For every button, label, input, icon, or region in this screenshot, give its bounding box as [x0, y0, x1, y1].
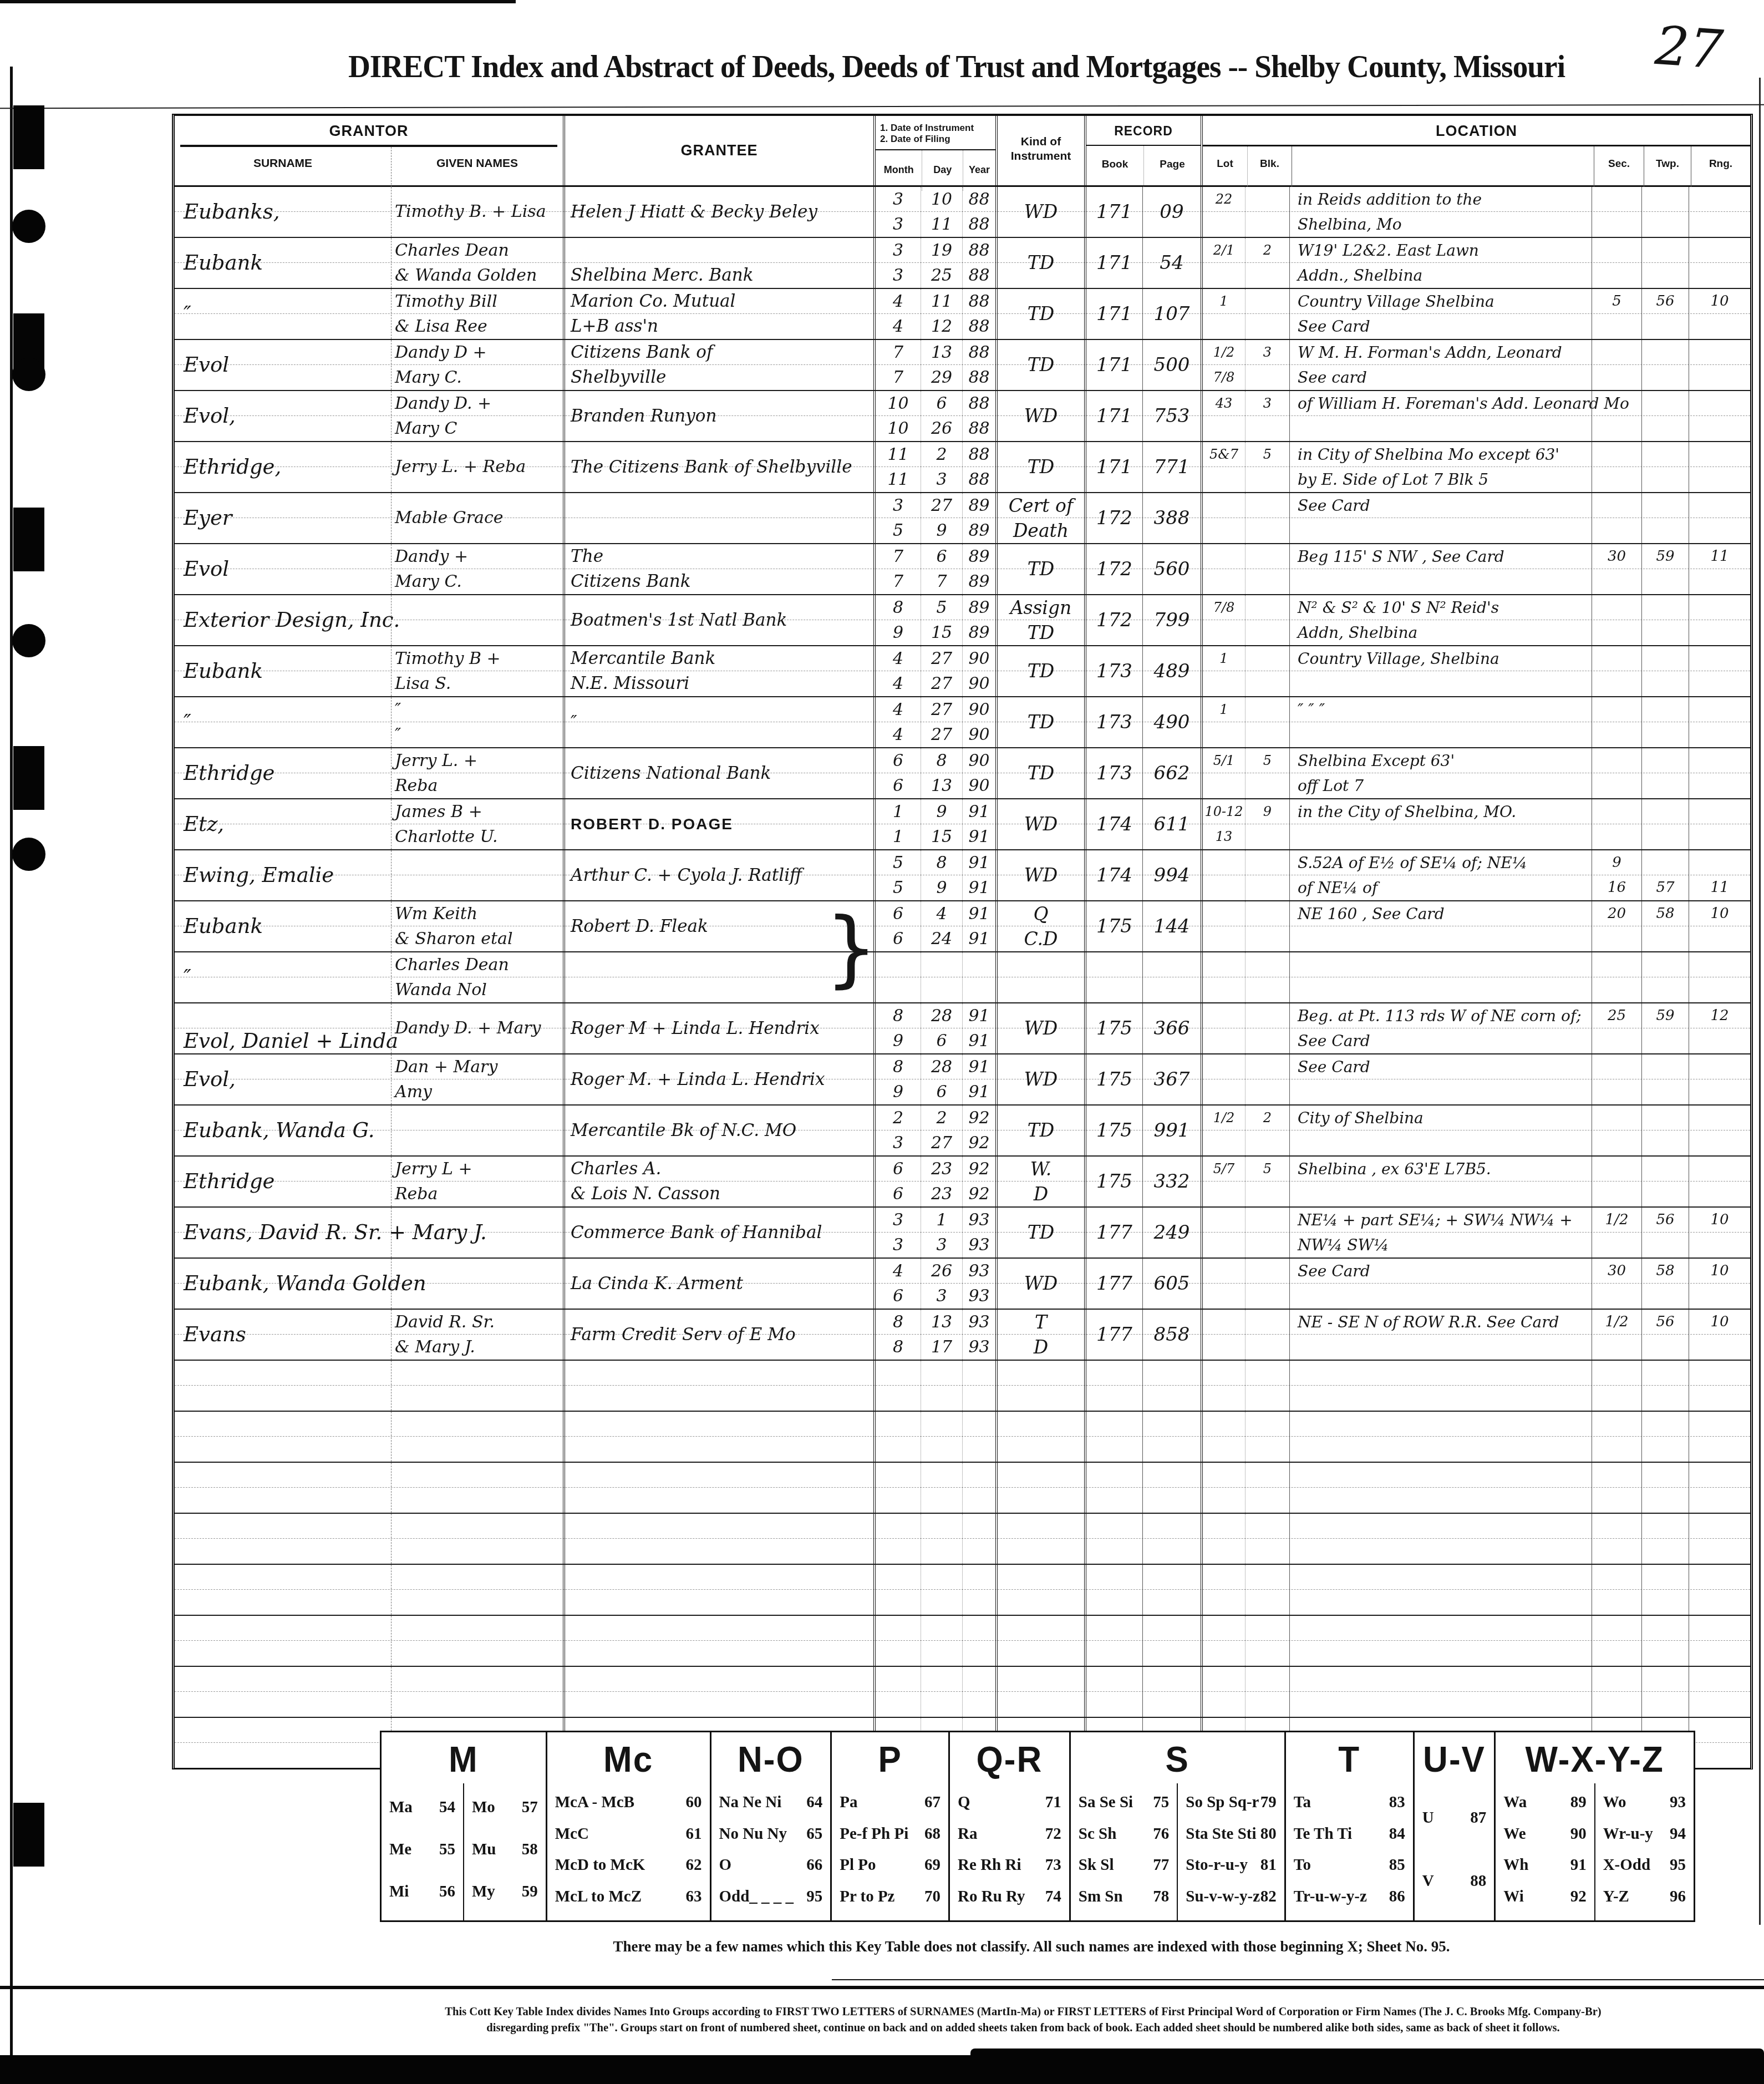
cell-record-book: 171: [1084, 391, 1142, 441]
cell-lot: [1201, 544, 1245, 594]
key-section-columns: Wa89We90Wh91Wi92Wo93Wr-u-y94X-Odd95Y-Z96: [1496, 1783, 1694, 1920]
cell-rng: [1689, 595, 1750, 645]
key-entry-range: Tr-u-w-y-z: [1294, 1888, 1367, 1906]
cell-line-2: [876, 1386, 921, 1411]
cell-day: 23: [921, 442, 962, 492]
cell-line: WD: [998, 1003, 1084, 1053]
cell-line-1: [1642, 1106, 1689, 1130]
cell-rng: [1689, 748, 1750, 798]
cell-line-2: [998, 1641, 1084, 1666]
cell-line-1: 5&7: [1203, 442, 1245, 467]
cell-line: Jerry L. + Reba: [392, 442, 563, 492]
key-entry-sheet-number: 83: [1389, 1793, 1405, 1812]
cell-line: TD: [998, 1106, 1084, 1155]
key-entry: X-Odd95: [1595, 1856, 1694, 1874]
cell-line-2: 89: [963, 620, 995, 645]
cell-record-page: 611: [1142, 799, 1201, 849]
key-entry-sheet-number: 89: [1570, 1793, 1587, 1812]
cell-line-1: [1203, 1259, 1245, 1284]
cell-line-1: Marion Co. Mutual: [565, 289, 873, 314]
cell-line-2: [1246, 467, 1289, 492]
cell-line-1: Charles A.: [565, 1157, 873, 1182]
cell-lot: 1: [1201, 646, 1245, 696]
key-entry: Q71: [950, 1793, 1069, 1812]
cell-line-1: 9: [1246, 799, 1289, 824]
header-surname: SURNAME: [175, 147, 391, 187]
cell-line: 171: [1086, 289, 1142, 339]
cell-line-2: [1689, 671, 1750, 696]
header-grantee: GRANTEE: [565, 116, 873, 185]
cell-sec: [1592, 442, 1641, 492]
cell-line-2: 27: [921, 671, 962, 696]
cell-location: N² & S² & 10' S N² Reid'sAddn, Shelbina: [1289, 595, 1592, 645]
cell-line-2: [1642, 1233, 1689, 1258]
cell-line-2: [1592, 314, 1641, 339]
cell-line-2: Lisa S.: [392, 671, 563, 696]
key-entry-sheet-number: 56: [439, 1883, 455, 1901]
cell-line-1: [1689, 442, 1750, 467]
cell-lot: 22: [1201, 187, 1245, 237]
key-entry-range: V: [1422, 1872, 1434, 1890]
cell-year: [962, 1361, 995, 1411]
cell-line-2: [1689, 1386, 1750, 1411]
cell-line-1: [1592, 340, 1641, 365]
cell-line-1: [998, 1616, 1084, 1641]
cell-line-1: [1203, 1208, 1245, 1233]
cell-twp: 56: [1641, 289, 1689, 339]
cell-line-2: [1689, 977, 1750, 1002]
cell-line-2: 4: [876, 722, 921, 747]
cell-line-2: Addn, Shelbina: [1290, 620, 1592, 645]
cell-line-1: 10: [876, 391, 921, 416]
key-entry-sheet-number: 95: [806, 1888, 822, 1906]
cell-line-2: 9: [876, 620, 921, 645]
header-twp: Twp.: [1644, 146, 1691, 187]
cell-line-1: [1246, 1054, 1289, 1079]
cell-twp: [1641, 1361, 1689, 1411]
cell-grantor-given-names: Dandy +Mary C.: [391, 544, 563, 594]
cell-line-1: 11: [876, 442, 921, 467]
cell-grantor-given-names: James B +Charlotte U.: [391, 799, 563, 849]
cell-record-book: 172: [1084, 493, 1142, 543]
cell-grantee: [563, 1412, 873, 1462]
key-entry-range: U: [1422, 1809, 1434, 1827]
cell-line-1: 8: [876, 1054, 921, 1079]
cell-blk: [1245, 1054, 1289, 1104]
cell-line: Ethridge: [175, 1157, 391, 1206]
key-entry-range: Wi: [1503, 1888, 1524, 1906]
cell-sec: [1592, 391, 1641, 441]
cell-line-2: 88: [963, 365, 995, 390]
cell-line-2: [565, 1692, 873, 1717]
cell-line-2: [1642, 314, 1689, 339]
cell-day: 2727: [921, 646, 962, 696]
cell-line-1: [1592, 1054, 1641, 1079]
cell-line: TD: [998, 748, 1084, 798]
header-record: RECORD: [1086, 116, 1201, 146]
entry-row: Evol,Dan + MaryAmyRoger M. + Linda L. He…: [175, 1054, 1750, 1106]
cell-line-1: T: [998, 1310, 1084, 1335]
cell-line-2: [1203, 518, 1245, 543]
key-section-s: SSa Se Si75Sc Sh76Sk Sl77Sm Sn78So Sp Sq…: [1069, 1732, 1284, 1920]
cell-line-1: [1290, 1565, 1592, 1590]
cell-grantor-given-names: Jerry L. +Reba: [391, 748, 563, 798]
entry-row: EubankCharles Dean& Wanda Golden Shelbin…: [175, 238, 1750, 289]
cell-line-1: [1592, 391, 1641, 416]
cell-line-1: 1: [1203, 697, 1245, 722]
key-entry-sheet-number: 79: [1260, 1793, 1277, 1812]
cell-line: Eyer: [175, 493, 391, 543]
cell-line-2: [876, 1437, 921, 1462]
cell-line-1: [1203, 1667, 1245, 1692]
cell-line-1: 8: [921, 850, 962, 875]
cell-line-1: [1592, 799, 1641, 824]
key-entry: Ta83: [1286, 1793, 1413, 1812]
key-entry-sheet-number: 88: [1470, 1872, 1486, 1890]
key-section-header: U-V: [1415, 1731, 1494, 1785]
cell-grantor-given-names: [391, 1361, 563, 1411]
cell-line-1: Assign: [998, 595, 1084, 620]
cell-record-page: 994: [1142, 850, 1201, 900]
cell-line-1: NE¼ + part SE¼; + SW¼ NW¼ +: [1290, 1208, 1592, 1233]
key-entry-range: Me: [389, 1840, 411, 1859]
entry-row: Eubank, Wanda Golden La Cinda K. Arment4…: [175, 1259, 1750, 1310]
cell-line-2: [1290, 1641, 1592, 1666]
cell-line-1: [1689, 646, 1750, 671]
cell-line-1: 5: [1246, 748, 1289, 773]
cell-line: 172: [1086, 595, 1142, 645]
cell-line-2: & Lisa Ree: [392, 314, 563, 339]
cell-month: 1111: [873, 442, 921, 492]
cell-line-2: Mary C: [392, 416, 563, 441]
cell-line-2: of NE¼ of: [1290, 875, 1592, 900]
cell-line-2: [1642, 620, 1689, 645]
cell-line-1: [1203, 1412, 1245, 1437]
cell-grantor-given-names: [391, 1208, 563, 1258]
cell-line-1: NE - SE N of ROW R.R. See Card: [1290, 1310, 1592, 1335]
cell-line-1: [1689, 850, 1750, 875]
cell-day: 13: [921, 1208, 962, 1258]
cell-line-1: 91: [963, 799, 995, 824]
key-entry-range: Wo: [1603, 1793, 1626, 1812]
cell-line-1: 26: [921, 1259, 962, 1284]
ledger-page: DIRECT Index and Abstract of Deeds, Deed…: [0, 0, 1764, 2084]
cell-blk: 3: [1245, 340, 1289, 390]
cell-line-2: 13: [1203, 824, 1245, 849]
cell-lot: 10-1213: [1201, 799, 1245, 849]
cell-twp: [1641, 493, 1689, 543]
cell-line-1: [876, 1361, 921, 1386]
cell-line-1: Charles Dean: [392, 238, 563, 263]
cell-month: [873, 1361, 921, 1411]
cell-line-1: [1689, 187, 1750, 212]
header-lot: Lot: [1203, 146, 1247, 187]
cell-line-2: [1592, 722, 1641, 747]
cell-line-1: 6: [921, 391, 962, 416]
cell-line-1: ″: [392, 697, 563, 722]
cell-line-2: [392, 620, 563, 645]
cell-location: in City of Shelbina Mo except 63'by E. S…: [1289, 442, 1592, 492]
cell-line-2: [1642, 1182, 1689, 1206]
cell-line-2: [1642, 1539, 1689, 1564]
cell-line-2: [1290, 824, 1592, 849]
cell-line-1: [1592, 952, 1641, 977]
cell-line-1: 5/7: [1203, 1157, 1245, 1182]
cell-line-2: [1290, 1539, 1592, 1564]
cell-line-1: [1290, 1514, 1592, 1539]
cell-line-2: [1689, 926, 1750, 951]
key-entry: Na Ne Ni64: [711, 1793, 831, 1812]
key-section-t: TTa83Te Th Ti84To85Tr-u-w-y-z86: [1284, 1732, 1413, 1920]
cell-line-1: City of Shelbina: [1290, 1106, 1592, 1130]
cell-line-2: Amy: [392, 1079, 563, 1104]
cell-line: 107: [1143, 289, 1201, 339]
entry-row: Evol,Dandy D. +Mary CBranden Runyon10106…: [175, 391, 1750, 442]
cell-record-book: 172: [1084, 544, 1142, 594]
cell-line-2: [1689, 1590, 1750, 1615]
key-entry-range: Ta: [1294, 1793, 1311, 1812]
cell-record-book: [1084, 1361, 1142, 1411]
cell-line-1: Charles Dean: [392, 952, 563, 977]
cell-record-page: [1142, 1361, 1201, 1411]
key-entry: To85: [1286, 1856, 1413, 1874]
key-entry-range: So Sp Sq-r: [1186, 1793, 1259, 1812]
cell-line-2: [1689, 722, 1750, 747]
cell-line-1: [1592, 1463, 1641, 1488]
key-entry: My59: [464, 1883, 546, 1901]
cell-line-1: [1246, 1565, 1289, 1590]
key-entry: McA - McB60: [547, 1793, 710, 1812]
cell-line: 172: [1086, 544, 1142, 594]
cell-line-2: [1642, 977, 1689, 1002]
cell-line-1: 11: [1689, 544, 1750, 569]
cell-line-1: [1642, 1412, 1689, 1437]
cell-line-2: [1203, 1182, 1245, 1206]
cell-line-1: 91: [963, 850, 995, 875]
cell-grantor-surname: Evol,: [175, 391, 391, 441]
cell-year: [962, 1616, 995, 1666]
cell-year: 9191: [962, 850, 995, 900]
cell-year: 8888: [962, 187, 995, 237]
cell-line-1: 10: [1689, 1310, 1750, 1335]
cell-line-1: [921, 1361, 962, 1386]
key-entry-range: My: [472, 1883, 495, 1901]
cell-sec: [1592, 493, 1641, 543]
cell-year: 9090: [962, 697, 995, 747]
cell-grantee: Branden Runyon: [563, 391, 873, 441]
cell-line: ″: [565, 697, 873, 747]
cell-line-2: 88: [963, 263, 995, 288]
cell-line-1: 3: [1246, 340, 1289, 365]
cell-line-1: [998, 952, 1084, 977]
cell-blk: [1245, 850, 1289, 900]
cell-line-2: Shelbina Merc. Bank: [565, 263, 873, 288]
cell-line-1: [1592, 1361, 1641, 1386]
key-subcolumn: McA - McB60McC61McD to McK62McL to McZ63: [547, 1783, 710, 1920]
key-entry-sheet-number: 96: [1670, 1888, 1686, 1906]
page-right-edge: [1759, 78, 1761, 1925]
key-section-n-o: N-ONa Ne Ni64No Nu Ny65O66Odd_ _ _ _95: [710, 1732, 831, 1920]
cell-line-1: [1246, 952, 1289, 977]
cell-record-book: 175: [1084, 1054, 1142, 1104]
cell-line-2: [1642, 518, 1689, 543]
cell-line-1: [1592, 1106, 1641, 1130]
cell-lot: [1201, 1259, 1245, 1309]
cell-line-2: [175, 1641, 391, 1666]
cell-line-1: 1: [1203, 289, 1245, 314]
cell-line: Evol,: [175, 391, 391, 441]
cell-line-2: 88: [963, 314, 995, 339]
cell-line-2: & Mary J.: [392, 1335, 563, 1360]
cell-line-2: [998, 1692, 1084, 1717]
cell-line-1: [1689, 493, 1750, 518]
cell-line-1: in Reids addition to the: [1290, 187, 1592, 212]
cell-line: Eubank: [175, 238, 391, 288]
cell-line-1: [963, 1565, 995, 1590]
key-entry: Wi92: [1496, 1888, 1594, 1906]
cell-grantee: The Citizens Bank of Shelbyville: [563, 442, 873, 492]
cell-line: 500: [1143, 340, 1201, 390]
cell-line-1: [392, 850, 563, 875]
cell-line-1: 56: [1642, 1208, 1689, 1233]
cell-line: 994: [1143, 850, 1201, 900]
cell-line-1: 30: [1592, 544, 1641, 569]
cell-grantor-surname: Exterior Design, Inc.: [175, 595, 391, 645]
cell-grantor-given-names: Timothy B +Lisa S.: [391, 646, 563, 696]
cell-line-1: [1689, 1157, 1750, 1182]
cell-month: [873, 1565, 921, 1615]
cell-line-1: [175, 1667, 391, 1692]
header-date-group: 1. Date of Instrument 2. Date of Filing …: [873, 116, 995, 185]
cell-kind-of-instrument: [995, 1667, 1084, 1717]
cell-line-1: [392, 595, 563, 620]
cell-line-1: [963, 1361, 995, 1386]
cell-line: The Citizens Bank of Shelbyville: [565, 442, 873, 492]
key-entry-range: McA - McB: [555, 1793, 634, 1812]
cell-day: 1011: [921, 187, 962, 237]
header-location-group: LOCATION Lot Blk. Sec. Twp. Rng.: [1201, 116, 1750, 185]
cell-line: Ewing, Emalie: [175, 850, 391, 900]
cell-line-1: 90: [963, 748, 995, 773]
key-entry-range: McC: [555, 1825, 589, 1843]
cell-line-1: Dandy D +: [392, 340, 563, 365]
cell-line: 171: [1086, 391, 1142, 441]
cell-line-1: 19: [921, 238, 962, 263]
cell-month: 44: [873, 646, 921, 696]
cell-line-2: [1592, 977, 1641, 1002]
cell-line-2: 93: [963, 1284, 995, 1309]
cell-line-2: 3: [876, 263, 921, 288]
cell-line: Mable Grace: [392, 493, 563, 543]
cell-record-page: [1142, 1565, 1201, 1615]
key-entry-range: Odd_ _ _ _: [719, 1888, 794, 1906]
cell-line-2: 91: [963, 875, 995, 900]
cell-line-1: 2: [921, 1106, 962, 1130]
cell-twp: [1641, 646, 1689, 696]
cell-line-1: 30: [1592, 1259, 1641, 1284]
cell-line-1: [1689, 1616, 1750, 1641]
cell-line-1: [876, 952, 921, 977]
cell-line-1: [1246, 901, 1289, 926]
cell-line-2: [1642, 467, 1689, 492]
binder-hole: [12, 210, 45, 243]
cell-line-2: 6: [876, 926, 921, 951]
cell-record-book: 171: [1084, 340, 1142, 390]
cell-line-1: [1246, 1310, 1289, 1335]
cell-line-2: 4: [876, 314, 921, 339]
cell-blk: 2: [1245, 238, 1289, 288]
cell-line-2: [921, 1437, 962, 1462]
cell-line-2: [1246, 1641, 1289, 1666]
cell-grantor-surname: Eyer: [175, 493, 391, 543]
cell-grantor-given-names: Charles DeanWanda Nol: [391, 952, 563, 1002]
cell-kind-of-instrument: [995, 1616, 1084, 1666]
cell-line: Arthur C. + Cyola J. Ratliff: [565, 850, 873, 900]
cell-rng: [1689, 952, 1750, 1002]
cell-line-1: Country Village Shelbina: [1290, 289, 1592, 314]
cell-line-2: [998, 1590, 1084, 1615]
cell-line-1: 6: [876, 748, 921, 773]
cell-line-2: [1642, 1028, 1689, 1053]
cell-line-2: [1642, 773, 1689, 798]
cell-lot: [1201, 952, 1245, 1002]
key-entry-sheet-number: 68: [924, 1825, 941, 1843]
cell-line-2: L+B ass'n: [565, 314, 873, 339]
cell-record-book: [1084, 1463, 1142, 1513]
cell-line: 249: [1143, 1208, 1201, 1258]
cell-line-2: [998, 1386, 1084, 1411]
cell-line: [1086, 1667, 1142, 1717]
cell-line: Eubank: [175, 901, 391, 951]
cell-line-1: [1592, 748, 1641, 773]
cell-line-1: [392, 1259, 563, 1284]
cell-record-book: [1084, 1412, 1142, 1462]
cell-line-2: [1642, 824, 1689, 849]
cell-line: Eubank, Wanda G.: [175, 1106, 391, 1155]
key-entry-sheet-number: 94: [1670, 1825, 1686, 1843]
cell-year: 9393: [962, 1208, 995, 1258]
cell-line-1: W19' L2&2. East Lawn: [1290, 238, 1592, 263]
key-entry: Sto-r-u-y81: [1178, 1856, 1284, 1874]
cell-lot: [1201, 1208, 1245, 1258]
cell-line-1: [175, 1514, 391, 1539]
cell-line-2: [392, 1590, 563, 1615]
entry-row: [175, 1667, 1750, 1718]
key-entry-range: Pl Po: [840, 1856, 876, 1874]
cell-line: Ethridge: [175, 748, 391, 798]
cell-rng: [1689, 799, 1750, 849]
cell-line-2: 90: [963, 671, 995, 696]
cell-lot: [1201, 1463, 1245, 1513]
cell-line-2: [1246, 212, 1289, 237]
header-grantee-group: GRANTEE: [563, 116, 873, 185]
cell-record-page: [1142, 1616, 1201, 1666]
cell-line-1: 89: [963, 595, 995, 620]
cell-line-2: [1592, 773, 1641, 798]
cell-month: 89: [873, 1054, 921, 1104]
cell-lot: [1201, 1310, 1245, 1360]
key-subcolumn: So Sp Sq-r79Sta Ste Sti80Sto-r-u-y81Su-v…: [1177, 1783, 1284, 1920]
key-subcolumn: Mo57Mu58My59: [463, 1783, 546, 1920]
cell-twp: 59: [1641, 544, 1689, 594]
cell-record-book: 173: [1084, 748, 1142, 798]
cell-line: 171: [1086, 442, 1142, 492]
header-date-filing: 2. Date of Filing: [880, 134, 995, 145]
key-entry-sheet-number: 58: [522, 1840, 538, 1859]
cell-month: [873, 1616, 921, 1666]
cell-line-2: [1246, 569, 1289, 594]
cell-blk: [1245, 1616, 1289, 1666]
